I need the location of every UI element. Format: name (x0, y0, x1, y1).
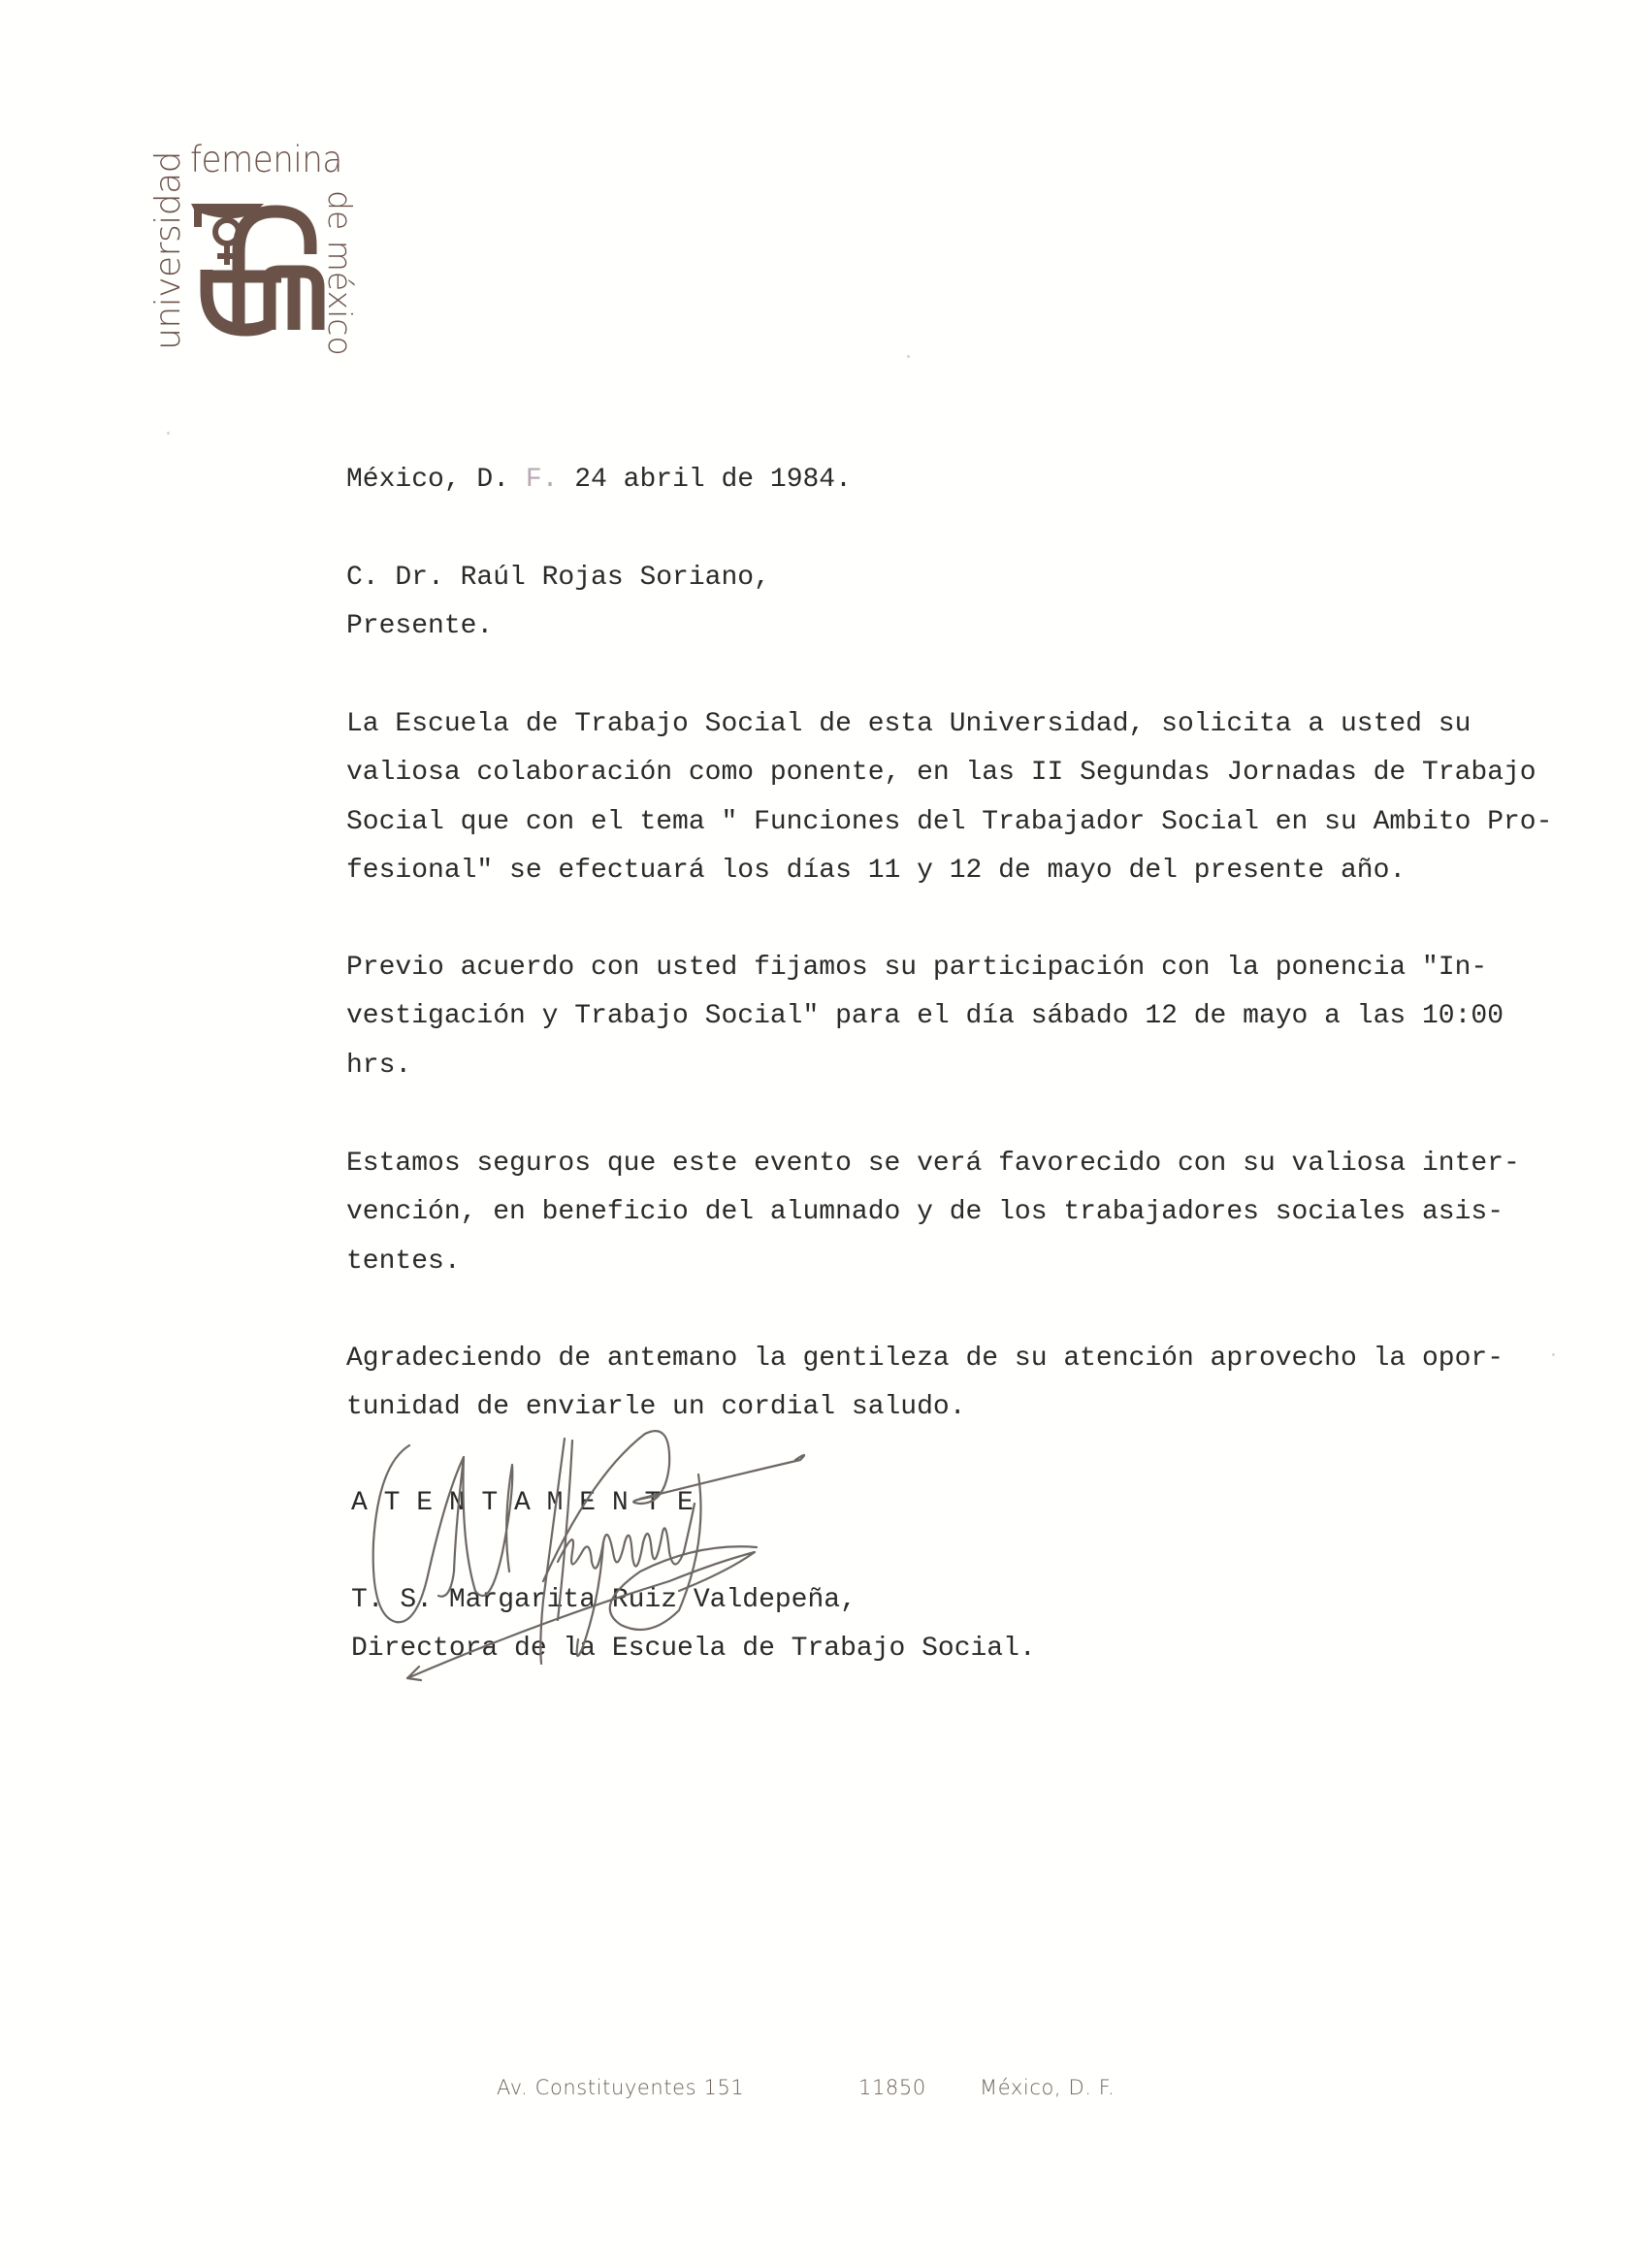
footer-address: Av. Constituyentes 151 11850 México, D. … (497, 2075, 1176, 2100)
paper-speck (1552, 1353, 1555, 1356)
place-text: México, D. (346, 465, 526, 495)
paragraph-1-line: Social que con el tema " Funciones del T… (346, 809, 1552, 836)
footer-city: México, D. F. (980, 2075, 1115, 2100)
paragraph-1-line: valiosa colaboración como ponente, en la… (346, 760, 1536, 787)
paragraph-3-line: tentes. (346, 1248, 461, 1276)
ufm-monogram-icon (145, 136, 388, 388)
date-text: 24 abril de 1984. (558, 465, 851, 495)
paragraph-2-line: Previo acuerdo con usted fijamos su part… (346, 955, 1487, 982)
paragraph-1-line: fesional" se efectuará los días 11 y 12 … (346, 858, 1406, 885)
university-logo: femenina universidad de méxico (145, 136, 388, 388)
footer-postal-code: 11850 (858, 2075, 926, 2100)
addressee: C. Dr. Raúl Rojas Soriano, (346, 565, 770, 592)
handwritten-signature-icon (349, 1407, 834, 1698)
paragraph-3-line: Estamos seguros que este evento se verá … (346, 1150, 1520, 1178)
salutation: Presente. (346, 613, 493, 640)
paper-speck (167, 432, 170, 435)
date-line: México, D. F. 24 abril de 1984. (346, 467, 852, 494)
paragraph-2-line: hrs. (346, 1053, 411, 1080)
place-faint-text: F. (526, 465, 559, 495)
footer-street: Av. Constituyentes 151 (497, 2075, 744, 2100)
paragraph-1-line: La Escuela de Trabajo Social de esta Uni… (346, 711, 1471, 738)
paragraph-3-line: vención, en beneficio del alumnado y de … (346, 1199, 1503, 1226)
paper-speck (907, 355, 910, 358)
paragraph-4-line: Agradeciendo de antemano la gentileza de… (346, 1345, 1503, 1373)
paragraph-2-line: vestigación y Trabajo Social" para el dí… (346, 1003, 1503, 1030)
letter-page: femenina universidad de méxico (0, 0, 1649, 2268)
